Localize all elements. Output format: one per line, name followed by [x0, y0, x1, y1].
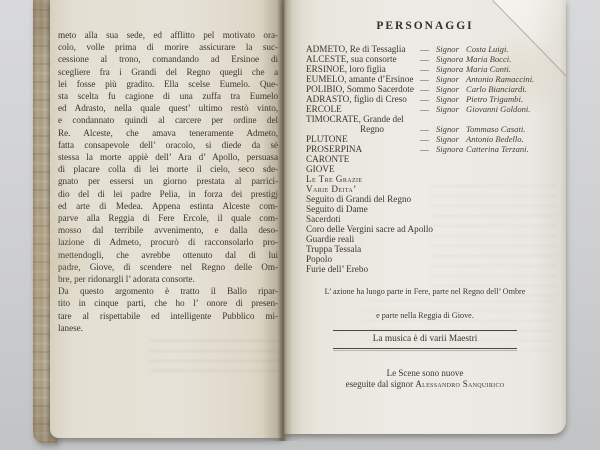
- cast-row: ADRASTO, figlio di Creso—SignorPietro Tr…: [306, 94, 544, 104]
- dash-separator: —: [420, 94, 436, 104]
- story-line: lazione di Admeto, procurò di racconsola…: [58, 236, 278, 248]
- story-line: padre, Giove, di scendere nel Regno dell…: [58, 261, 278, 273]
- story-line: fatta consapevole dell’ oracolo, si died…: [58, 139, 278, 151]
- story-line: mosso dal terribile avvenimento, e dalla…: [58, 224, 278, 236]
- cast-row: TIMOCRATE, Grande delRegno—SignorTommaso…: [306, 114, 544, 134]
- story-line: mettendogli, che avrebbe ottenuto dal di…: [58, 249, 278, 261]
- character-name: TIMOCRATE, Grande delRegno: [306, 114, 420, 134]
- performer-name: Pietro Trigambi.: [466, 94, 544, 104]
- story-paragraph-2: Da questo argomento è tratto il Ballo ri…: [58, 285, 278, 334]
- story-line: ed Adrasto, nella quale quest’ ultimo re…: [58, 102, 278, 114]
- cast-row: Le Tre Grazie: [306, 174, 544, 184]
- character-name: ADRASTO, figlio di Creso: [306, 94, 420, 104]
- show-through-texture: [150, 340, 278, 380]
- scene-designer-name: Alessandro Sanquirico: [415, 379, 504, 389]
- character-name: ERCOLE: [306, 104, 420, 114]
- character-name: ERSINOE, loro figlia: [306, 64, 420, 74]
- character-name: Coro delle Vergini sacre ad Apollo: [306, 224, 420, 234]
- right-page: PERSONAGGI ADMETO, Re di Tessaglia—Signo…: [284, 0, 566, 434]
- character-name: EUMELO, amante d’Ersinoe: [306, 74, 420, 84]
- cast-row: POLIBIO, Sommo Sacerdote—SignorCarlo Bia…: [306, 84, 544, 94]
- dash-separator: —: [420, 44, 436, 54]
- performer-name: Tommaso Casati.: [466, 124, 544, 134]
- book-scan: meto alla sua sede, ed afflitto pel moti…: [0, 0, 600, 450]
- story-line: parve alla Reggia di Fere Ercole, il qua…: [58, 212, 278, 224]
- performer-name: Maria Bocci.: [466, 54, 544, 64]
- story-line: sta scelta fu cagione di una zuffa tra E…: [58, 90, 278, 102]
- performer-name: Catterina Terzani.: [466, 144, 544, 154]
- character-name: POLIBIO, Sommo Sacerdote: [306, 84, 420, 94]
- setting-note-line-2: e parte nella Reggia di Giove.: [306, 311, 544, 322]
- character-name: ALCESTE, sua consorte: [306, 54, 420, 64]
- story-line: Re. Alceste, che amava teneramente Admet…: [58, 127, 278, 139]
- performer-title: Signora: [436, 64, 466, 74]
- performer-name: Carlo Bianciardi.: [466, 84, 544, 94]
- dash-separator: —: [420, 64, 436, 74]
- character-name: Seguito di Grandi del Regno: [306, 194, 420, 204]
- performer-title: Signor: [436, 124, 466, 134]
- character-name: ADMETO, Re di Tessaglia: [306, 44, 420, 54]
- cast-row: Seguito di Dame: [306, 204, 544, 214]
- cast-row: Furie dell’ Erebo: [306, 264, 544, 274]
- left-page: meto alla sua sede, ed afflitto pel moti…: [50, 0, 284, 438]
- character-name: Sacerdoti: [306, 214, 420, 224]
- story-line: cessione al trono, comandando ad Ersinoe…: [58, 53, 278, 65]
- story-text: meto alla sua sede, ed afflitto pel moti…: [58, 29, 278, 334]
- story-line: meto alla sua sede, ed afflitto pel moti…: [58, 29, 278, 41]
- character-name: PLUTONE: [306, 134, 420, 144]
- story-line: Da questo argomento è tratto il Ballo ri…: [58, 285, 278, 297]
- story-paragraph-1: meto alla sua sede, ed afflitto pel moti…: [58, 29, 278, 285]
- character-name: GIOVE: [306, 164, 420, 174]
- dash-separator: —: [420, 84, 436, 94]
- cast-page-content: PERSONAGGI ADMETO, Re di Tessaglia—Signo…: [306, 0, 544, 390]
- cast-row: Popolo: [306, 254, 544, 264]
- setting-note-line-1: L’ azione ha luogo parte in Fere, parte …: [306, 287, 544, 298]
- dash-separator: —: [420, 144, 436, 154]
- story-line: di placare colla di lei morte il cielo, …: [58, 163, 278, 175]
- performer-name: Antonio Bedello.: [466, 134, 544, 144]
- story-line: lanese.: [58, 322, 278, 334]
- story-line: tare al rispettabile ed intelligente Pub…: [58, 310, 278, 322]
- cast-row: PLUTONE—SignorAntonio Bedello.: [306, 134, 544, 144]
- dash-separator: —: [420, 124, 436, 134]
- cast-row: ERSINOE, loro figlia—SignoraMaria Conti.: [306, 64, 544, 74]
- horizontal-rule: [333, 330, 517, 331]
- cast-list: ADMETO, Re di Tessaglia—SignorCosta Luig…: [306, 44, 544, 274]
- cast-row: Coro delle Vergini sacre ad Apollo: [306, 224, 544, 234]
- story-line: tito in cinque parti, che ho l’ onore di…: [58, 297, 278, 309]
- character-name: Le Tre Grazie: [306, 174, 420, 184]
- cast-row: Seguito di Grandi del Regno: [306, 194, 544, 204]
- performer-title: Signor: [436, 74, 466, 84]
- performer-title: Signor: [436, 44, 466, 54]
- scenes-credit-line-2: eseguite dal signor Alessandro Sanquiric…: [306, 379, 544, 390]
- cast-row: ERCOLE—SignorGiovanni Goldoni.: [306, 104, 544, 114]
- dash-separator: —: [420, 54, 436, 64]
- character-name: Seguito di Dame: [306, 204, 420, 214]
- story-line: lei fosse più gradito. Ella scelse Eumel…: [58, 78, 278, 90]
- cast-row: EUMELO, amante d’Ersinoe—SignorAntonio R…: [306, 74, 544, 84]
- cast-row: CARONTE: [306, 154, 544, 164]
- music-credit: La musica è di varii Maestri: [306, 334, 544, 344]
- story-line: gnato per essersi un giorno prestata al …: [58, 175, 278, 187]
- cast-row: PROSERPINA—SignoraCatterina Terzani.: [306, 144, 544, 154]
- story-line: stessa la morte appiè dell’ Ara d’ Apoll…: [58, 151, 278, 163]
- dash-separator: —: [420, 104, 436, 114]
- cast-row: ALCESTE, sua consorte—SignoraMaria Bocci…: [306, 54, 544, 64]
- character-name: Popolo: [306, 254, 420, 264]
- cast-row: Sacerdoti: [306, 214, 544, 224]
- horizontal-rule: [333, 348, 517, 349]
- character-name: Varie Deita’: [306, 184, 420, 194]
- performer-name: Costa Luigi.: [466, 44, 544, 54]
- cast-row: GIOVE: [306, 164, 544, 174]
- performer-title: Signor: [436, 104, 466, 114]
- performer-name: Antonio Ramaccini.: [466, 74, 544, 84]
- scenes-credit-line-1: Le Scene sono nuove: [306, 368, 544, 379]
- performer-title: Signor: [436, 94, 466, 104]
- story-line: colo, volle prima di morire assicurare l…: [58, 41, 278, 53]
- story-line: e condannato quindi al carcere per ordin…: [58, 114, 278, 126]
- character-name: Truppa Tessala: [306, 244, 420, 254]
- character-name: Guardie reali: [306, 234, 420, 244]
- performer-name: Giovanni Goldoni.: [466, 104, 544, 114]
- character-name: Furie dell’ Erebo: [306, 264, 420, 274]
- dash-separator: —: [420, 74, 436, 84]
- cast-row: Truppa Tessala: [306, 244, 544, 254]
- dash-separator: —: [420, 134, 436, 144]
- page-title: PERSONAGGI: [306, 20, 544, 32]
- story-line: scegliere fra i Grandi del Regno quegli …: [58, 66, 278, 78]
- cast-row: ADMETO, Re di Tessaglia—SignorCosta Luig…: [306, 44, 544, 54]
- cast-row: Varie Deita’: [306, 184, 544, 194]
- character-name: PROSERPINA: [306, 144, 420, 154]
- performer-title: Signor: [436, 134, 466, 144]
- story-line: bre, per ridonargli l’ adorata consorte.: [58, 273, 278, 285]
- performer-name: Maria Conti.: [466, 64, 544, 74]
- performer-title: Signor: [436, 84, 466, 94]
- story-line: ed arte di Medea. Appena estinta Alceste…: [58, 200, 278, 212]
- performer-title: Signora: [436, 54, 466, 64]
- story-line: dio del di lei padre Pelia, in forza dei…: [58, 188, 278, 200]
- performer-title: Signora: [436, 144, 466, 154]
- scenes-credit: Le Scene sono nuove eseguite dal signor …: [306, 368, 544, 390]
- cast-row: Guardie reali: [306, 234, 544, 244]
- character-name: CARONTE: [306, 154, 420, 164]
